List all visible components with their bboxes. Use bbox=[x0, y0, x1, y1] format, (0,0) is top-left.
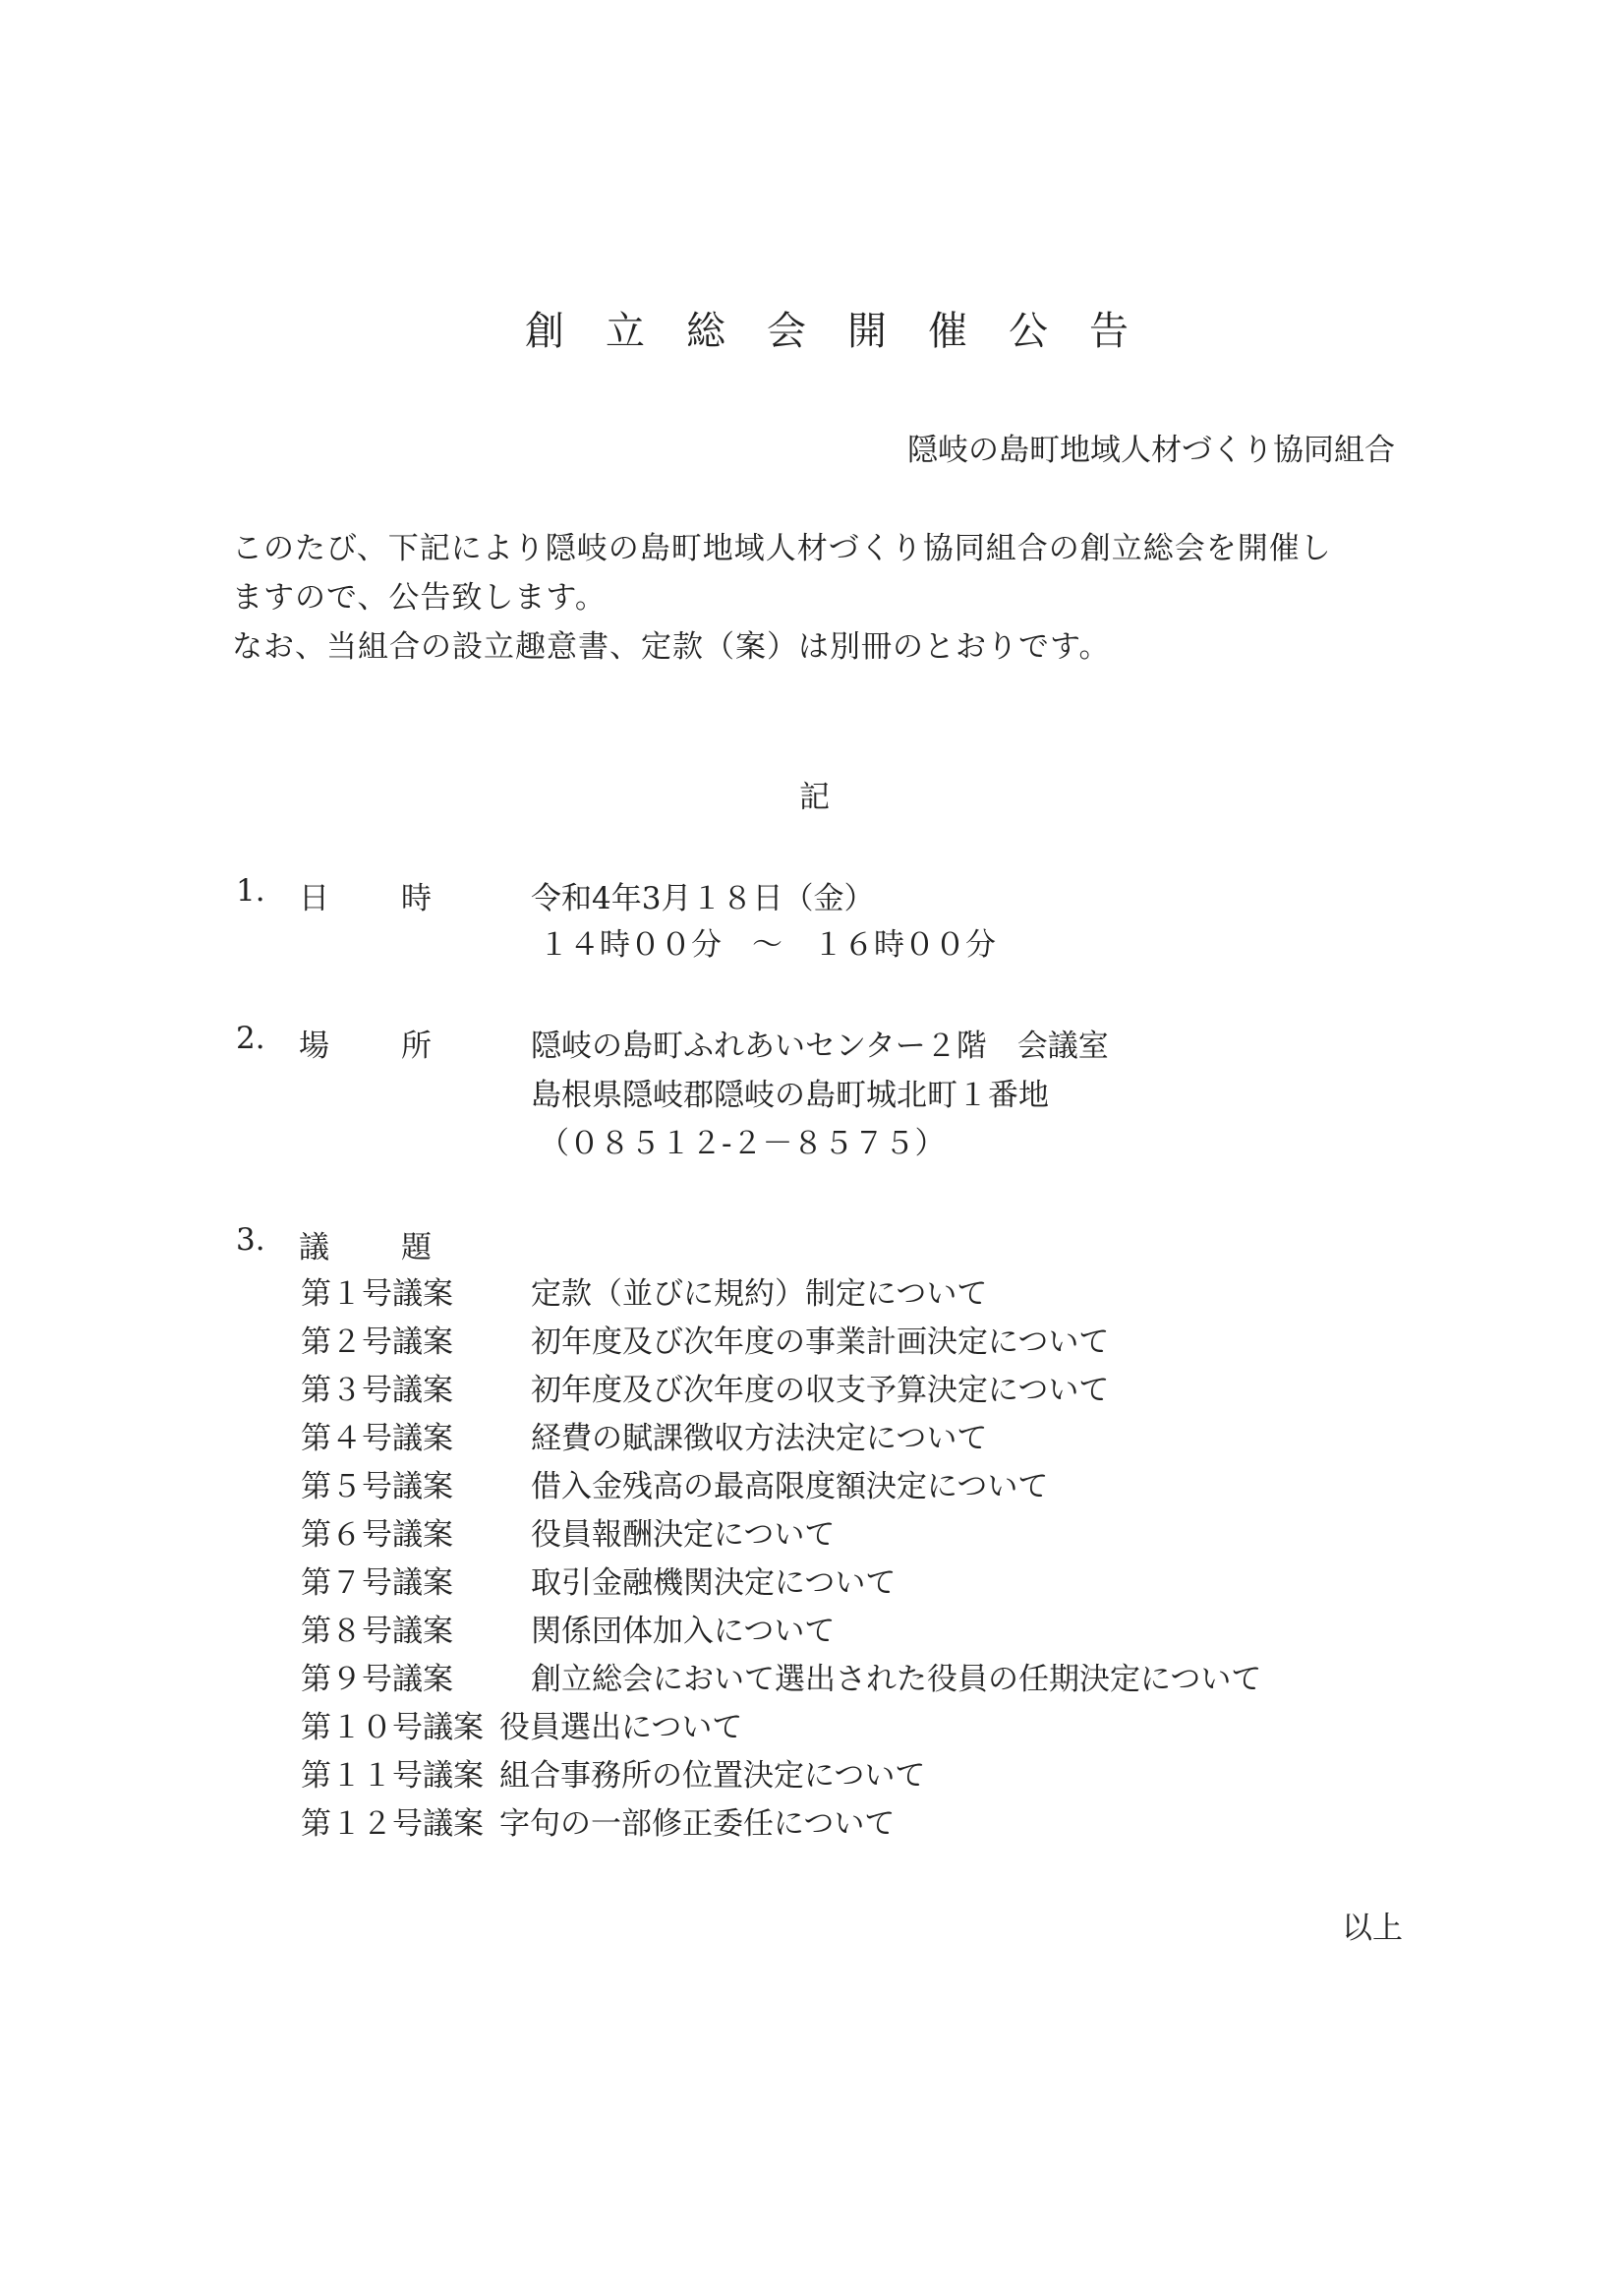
closing-mark: 以上 bbox=[1342, 1903, 1403, 1947]
agenda-item-text: 取引金融機関決定について bbox=[531, 1558, 896, 1602]
agenda-item-number: 第６号議案 bbox=[301, 1509, 453, 1554]
agenda-item-text: 経費の賦課徴収方法決定について bbox=[531, 1413, 987, 1457]
section-2-address: 島根県隠岐郡隠岐の島町城北町１番地 bbox=[531, 1070, 1049, 1114]
agenda-item-number: 第５号議案 bbox=[301, 1461, 453, 1505]
agenda-item-number: 第１０号議案 bbox=[301, 1702, 484, 1746]
ki-heading: 記 bbox=[799, 772, 830, 816]
body-line-2: ますので、公告致します。 bbox=[232, 572, 607, 617]
agenda-item-number: 第２号議案 bbox=[301, 1317, 453, 1361]
section-1-label-b: 時 bbox=[401, 873, 432, 917]
section-2-label-a: 場 bbox=[299, 1021, 329, 1065]
agenda-item-number: 第１１号議案 bbox=[301, 1750, 484, 1795]
section-1-number: 1. bbox=[236, 873, 265, 909]
agenda-item-number: 第８号議案 bbox=[301, 1606, 453, 1650]
agenda-item-text: 借入金残高の最高限度額決定について bbox=[531, 1461, 1048, 1505]
agenda-item-text: 定款（並びに規約）制定について bbox=[531, 1268, 987, 1313]
body-line-1: このたび、下記により隠岐の島町地域人材づくり協同組合の創立総会を開催し bbox=[232, 523, 1332, 567]
agenda-item-text: 初年度及び次年度の事業計画決定について bbox=[531, 1317, 1109, 1361]
agenda-item-number: 第１号議案 bbox=[301, 1268, 453, 1313]
page-title: 創立総会開催公告 bbox=[525, 300, 1170, 356]
agenda-item-text: 創立総会において選出された役員の任期決定について bbox=[531, 1654, 1261, 1698]
agenda-item-text: 役員報酬決定について bbox=[531, 1509, 835, 1554]
section-2-label-b: 所 bbox=[401, 1021, 432, 1065]
agenda-item-number: 第１２号議案 bbox=[301, 1798, 484, 1843]
section-1-time: １４時００分 ～ １６時００分 bbox=[539, 919, 996, 964]
agenda-item-text: 初年度及び次年度の収支予算決定について bbox=[531, 1365, 1109, 1409]
section-3-label-b: 題 bbox=[401, 1222, 432, 1266]
section-2-venue: 隠岐の島町ふれあいセンター２階 会議室 bbox=[531, 1021, 1109, 1065]
agenda-item-text: 関係団体加入について bbox=[531, 1606, 835, 1650]
section-1-label-a: 日 bbox=[299, 873, 329, 917]
agenda-item-number: 第７号議案 bbox=[301, 1558, 453, 1602]
body-line-3: なお、当組合の設立趣意書、定款（案）は別冊のとおりです。 bbox=[232, 621, 1111, 666]
agenda-item-number: 第４号議案 bbox=[301, 1413, 453, 1457]
section-3-label-a: 議 bbox=[299, 1222, 329, 1266]
agenda-item-text: 役員選出について bbox=[499, 1702, 742, 1746]
agenda-item-text: 組合事務所の位置決定について bbox=[499, 1750, 925, 1795]
organization-name: 隠岐の島町地域人材づくり協同組合 bbox=[907, 425, 1395, 469]
agenda-item-number: 第３号議案 bbox=[301, 1365, 453, 1409]
section-2-number: 2. bbox=[236, 1021, 265, 1056]
section-1-date: 令和4年3月１８日（金） bbox=[531, 873, 874, 917]
agenda-item-number: 第９号議案 bbox=[301, 1654, 453, 1698]
section-3-number: 3. bbox=[236, 1222, 265, 1258]
section-2-phone: （０８５１２-２－８５７５） bbox=[539, 1118, 945, 1162]
agenda-item-text: 字句の一部修正委任について bbox=[499, 1798, 895, 1843]
